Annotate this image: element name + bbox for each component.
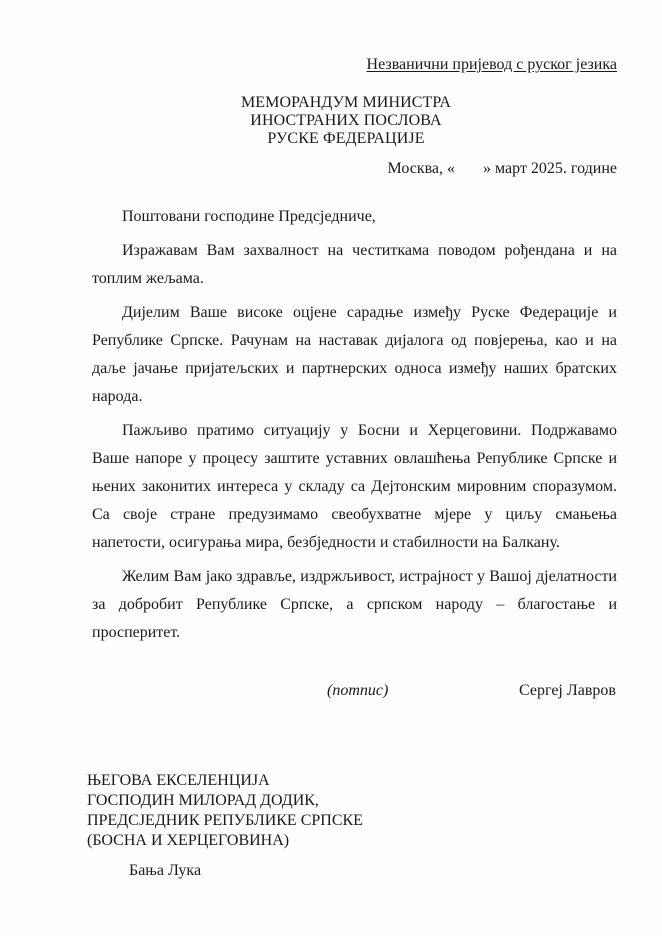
addressee-line: ГОСПОДИН МИЛОРАД ДОДИК, xyxy=(87,791,363,811)
letter-body: Поштовани господине Предсједниче, Изража… xyxy=(92,203,617,647)
memo-title: МЕМОРАНДУМ МИНИСТРА ИНОСТРАНИХ ПОСЛОВА Р… xyxy=(0,94,662,148)
signatory-name: Сергеј Лавров xyxy=(519,682,616,700)
paragraph: Изражавам Вам захвалност на честиткама п… xyxy=(92,237,617,293)
addressee-block: ЊЕГОВА ЕКСЕЛЕНЦИЈА ГОСПОДИН МИЛОРАД ДОДИ… xyxy=(87,771,363,881)
memo-title-line: МЕМОРАНДУМ МИНИСТРА xyxy=(0,94,662,112)
addressee-line: (БОСНА И ХЕРЦЕГОВИНА) xyxy=(87,831,363,851)
date-line: Москва, « » март 2025. године xyxy=(387,160,617,178)
memo-title-line: РУСКЕ ФЕДЕРАЦИЈЕ xyxy=(0,130,662,148)
memo-title-line: ИНОСТРАНИХ ПОСЛОВА xyxy=(0,112,662,130)
signature-block: (потпис) Сергеј Лавров xyxy=(0,682,662,706)
paragraph: Желим Вам јако здравље, издржљивост, ист… xyxy=(92,563,617,647)
paragraph: Пажљиво пратимо ситуацију у Босни и Херц… xyxy=(92,417,617,557)
document-page: Незванични пријевод с руског језика МЕМО… xyxy=(0,0,662,936)
addressee-line: ПРЕДСЈЕДНИК РЕПУБЛИКЕ СРПСКЕ xyxy=(87,811,363,831)
signature-placeholder: (потпис) xyxy=(327,682,388,700)
translation-note: Незванични пријевод с руског језика xyxy=(367,56,617,74)
salutation: Поштовани господине Предсједниче, xyxy=(92,203,617,231)
addressee-line: ЊЕГОВА ЕКСЕЛЕНЦИЈА xyxy=(87,771,363,791)
addressee-city: Бања Лука xyxy=(87,861,363,881)
paragraph: Дијелим Ваше високе оцјене сарадње измеђ… xyxy=(92,299,617,411)
